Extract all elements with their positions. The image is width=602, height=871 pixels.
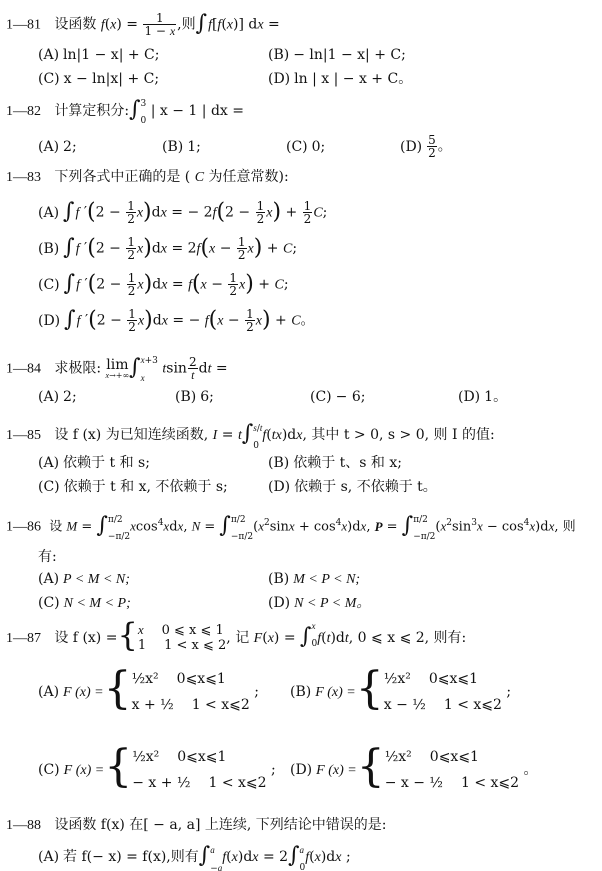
option-a[interactable]: (A)2; [38,390,77,404]
problem-1-85-stem: 1—85 设 f (x) 为已知连续函数, I = t∫s/t0f(tx)dx,… [6,424,495,451]
stem-text: 设函数 [54,17,96,33]
option-a[interactable]: (A)∫f ′(2 − 12x)dx = − 2f(2 − 12x) + 12C… [38,200,327,225]
stem-continuation: 有: [38,550,57,564]
option-c[interactable]: (C)− 6; [310,390,365,404]
option-d[interactable]: (D)1。 [458,390,507,404]
option-b[interactable]: (B)1; [162,140,201,154]
problem-1-83-stem: 1—83 下列各式中正确的是 ( C 为任意常数): [6,170,289,185]
problem-1-82-stem: 1—82 计算定积分:∫30 | x − 1 | dx = [6,100,244,126]
option-c[interactable]: (C)依赖于 t 和 x, 不依赖于 s; [38,480,228,494]
option-a[interactable]: (A)ln|1 − x| + C; [38,48,159,62]
option-c[interactable]: (C)N < M < P; [38,596,131,611]
problem-1-88-stem: 1—88 设函数 f(x) 在[ − a, a] 上连续, 下列结论中错误的是: [6,818,386,833]
option-b[interactable]: (B)6; [175,390,214,404]
option-d[interactable]: (D)ln | x | − x + C。 [268,72,412,86]
option-c[interactable]: (C)F (x) ={½x²0⩽x⩽1− x + ½1 < x⩽2 ; [38,744,276,796]
problem-1-86-stem: 1—86 设 M = ∫π/2−π/2xcos4xdx, N = ∫π/2−π/… [6,516,576,542]
problem-1-84-stem: 1—84 求极限: limx→+∞∫x+3x tsin2tdt = [6,356,228,384]
option-d[interactable]: (D)F (x) ={½x²0⩽x⩽1− x − ½1 < x⩽2 。 [290,744,538,796]
fraction: 11 − x [143,12,176,37]
option-b[interactable]: (B)依赖于 t、s 和 x; [268,456,402,470]
option-a[interactable]: (A)2; [38,140,77,154]
option-c[interactable]: (C)x − ln|x| + C; [38,72,159,86]
option-b[interactable]: (B)F (x) ={½x²0⩽x⩽1x − ½1 < x⩽2 ; [290,666,511,718]
option-b[interactable]: (B)M < P < N; [268,572,360,587]
option-a[interactable]: (A)依赖于 t 和 s; [38,456,150,470]
option-d[interactable]: (D)依赖于 s, 不依赖于 t。 [268,480,437,494]
problem-number: 1—81 [6,18,41,33]
option-c[interactable]: (C)0; [286,140,325,154]
option-b[interactable]: (B)∫f ′(2 − 12x)dx = 2f(x − 12x) + C; [38,236,297,261]
option-d[interactable]: (D)∫f ′(2 − 12x)dx = − f(x − 12x) + C。 [38,308,315,333]
problem-1-81-stem: 1—81 设函数 f(x) = 11 − x,则∫f[f(x)] dx = [6,12,280,37]
option-a[interactable]: (A)P < M < N; [38,572,130,587]
option-c[interactable]: (C)∫f ′(2 − 12x)dx = f(x − 12x) + C; [38,272,289,297]
option-a[interactable]: (A)若 f(− x) = f(x),则有∫a−af(x)dx = 2∫a0f(… [38,846,351,871]
problem-1-87-stem: 1—87 设 f (x) ={x0 ⩽ x ⩽ 111 < x ⩽ 2, 记 F… [6,622,466,654]
option-d[interactable]: (D)52。 [400,134,452,159]
option-d[interactable]: (D)N < P < M。 [268,596,370,611]
option-a[interactable]: (A)F (x) ={½x²0⩽x⩽1x + ½1 < x⩽2 ; [38,666,259,718]
option-b[interactable]: (B)− ln|1 − x| + C; [268,48,406,62]
